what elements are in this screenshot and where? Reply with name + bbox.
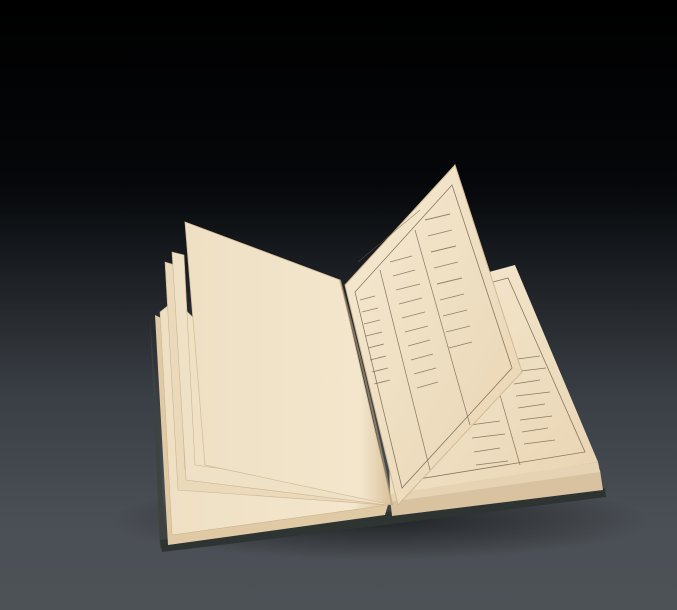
open-book-illustration	[0, 0, 677, 610]
photo-scene: Handwritten columnar ledger entries (ill…	[0, 0, 677, 610]
